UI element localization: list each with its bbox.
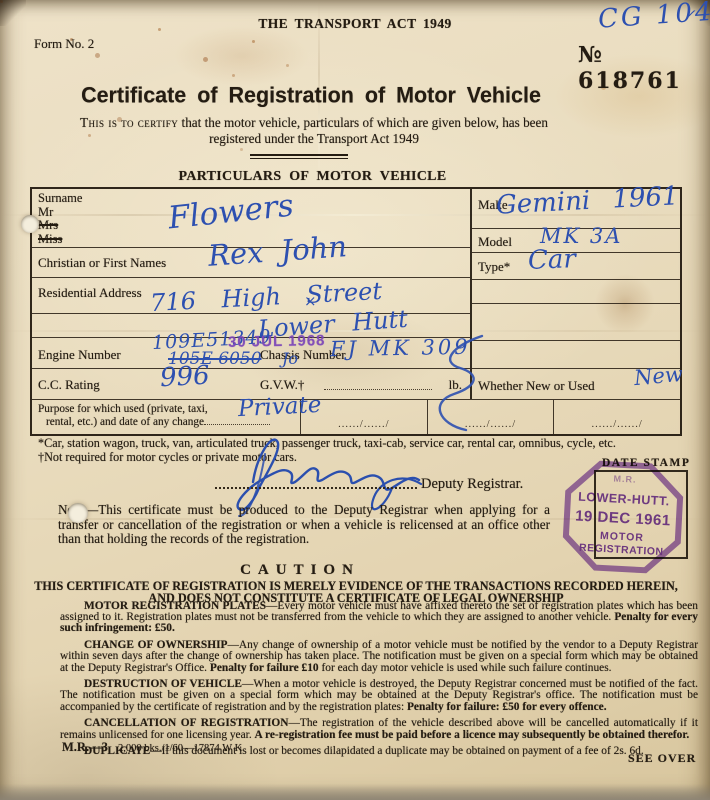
- stamp-office-code: M.R.: [564, 471, 686, 487]
- mrs-label: Mrs: [38, 219, 464, 233]
- particulars-heading: PARTICULARS OF MOTOR VEHICLE: [0, 169, 625, 185]
- paragraph-bold: Penalty for failure: £50 for every offen…: [407, 701, 607, 713]
- scan-edge: [0, 784, 710, 800]
- paragraph-destruction: DESTRUCTION OF VEHICLE—When a motor vehi…: [60, 679, 698, 713]
- first-names-cell: Christian or First Names: [32, 248, 470, 278]
- stamp-date: 19 DEC 1961: [562, 507, 685, 530]
- engine-number-label: Engine Number: [38, 347, 121, 362]
- act-title: THE TRANSPORT ACT 1949: [0, 16, 710, 32]
- paragraph-lead: DESTRUCTION OF VEHICLE: [84, 678, 242, 690]
- certify-rest: that the motor vehicle, particulars of w…: [178, 115, 548, 130]
- type-label: Type*: [478, 259, 510, 274]
- paragraph-lead: CANCELLATION OF REGISTRATION: [84, 717, 288, 729]
- paragraph-lead: CHANGE OF OWNERSHIP: [84, 639, 227, 651]
- purpose-label-line1: Purpose for which used (private, taxi,: [38, 403, 300, 415]
- address-label: Residential Address: [38, 285, 142, 300]
- model-label: Model: [478, 234, 512, 249]
- certify-lead: This is to certify: [80, 115, 178, 130]
- address-cell: Residential Address: [32, 278, 470, 314]
- registration-rubber-stamp: M.R. LOWER-HUTT. 19 DEC 1961 MOTOR REGIS…: [559, 457, 687, 577]
- form-number: Form No. 2: [34, 36, 94, 52]
- pen-flourish: [412, 330, 504, 438]
- punch-hole: [21, 215, 39, 233]
- mr-label: Mr: [38, 206, 464, 220]
- table-left-column: Surname Mr Mrs Miss Christian or First N…: [32, 189, 470, 399]
- footer-form-code: M.R.—3: [62, 740, 108, 755]
- paragraph-lead: MOTOR REGISTRATION PLATES: [84, 600, 266, 612]
- purpose-label-text: rental, etc.) and date of any change: [46, 416, 204, 428]
- signature-line: [215, 487, 417, 489]
- footer-print-code: 2,000 bks./1/60—17874 W K: [118, 743, 242, 754]
- paragraph-plates: MOTOR REGISTRATION PLATES—Every motor ve…: [60, 601, 698, 635]
- paragraph-bold: Penalty for failure £10: [210, 662, 319, 674]
- engine-date-stamp: 30 JUL 1968: [228, 332, 326, 351]
- type-cell: Type*: [472, 253, 680, 280]
- see-over-label: SEE OVER: [628, 751, 696, 766]
- paragraph-bold: A re-registration fee must be paid befor…: [255, 729, 690, 741]
- miss-label: Miss: [38, 233, 464, 247]
- note-body: —This certificate must be produced to th…: [58, 502, 550, 546]
- deputy-registrar-label: Deputy Registrar.: [421, 476, 523, 493]
- particulars-table: Surname Mr Mrs Miss Christian or First N…: [30, 187, 682, 436]
- purpose-date-cell: ....../....../: [553, 400, 680, 434]
- note-paragraph: Note—This certificate must be produced t…: [58, 503, 550, 547]
- make-cell: Make: [472, 189, 680, 229]
- surname-cell: Surname Mr Mrs Miss: [32, 189, 470, 248]
- paragraph-rest: for each day motor vehicle is used while…: [319, 662, 612, 674]
- legal-paragraphs: MOTOR REGISTRATION PLATES—Every motor ve…: [60, 601, 698, 763]
- cc-gvw-cell: C.C. Rating G.V.W.† lb.: [32, 369, 470, 398]
- caution-heading: CAUTION: [0, 562, 600, 579]
- first-names-label: Christian or First Names: [38, 255, 166, 270]
- cc-rating-label: C.C. Rating: [38, 377, 100, 392]
- gvw-label: G.V.W.†: [260, 377, 304, 393]
- paragraph-ownership: CHANGE OF OWNERSHIP—Any change of owners…: [60, 640, 698, 674]
- punch-hole: [68, 503, 88, 523]
- model-cell: Model: [472, 229, 680, 253]
- certify-statement-line2: registered under the Transport Act 1949: [0, 131, 628, 147]
- make-label: Make: [478, 197, 508, 212]
- certify-statement-line1: This is to certify that the motor vehicl…: [0, 115, 628, 131]
- surname-label: Surname: [38, 192, 464, 206]
- blank-cell: [472, 280, 680, 304]
- stamp-office: LOWER-HUTT.: [563, 489, 686, 509]
- paragraph-cancellation: CANCELLATION OF REGISTRATION—The registr…: [60, 718, 698, 740]
- divider-rule: [250, 154, 348, 159]
- stamp-text: M.R. LOWER-HUTT. 19 DEC 1961 MOTOR REGIS…: [560, 457, 687, 559]
- certificate-document: Form No. 2 THE TRANSPORT ACT 1949 CG 104…: [0, 0, 710, 800]
- document-title: Certificate of Registration of Motor Veh…: [0, 82, 622, 108]
